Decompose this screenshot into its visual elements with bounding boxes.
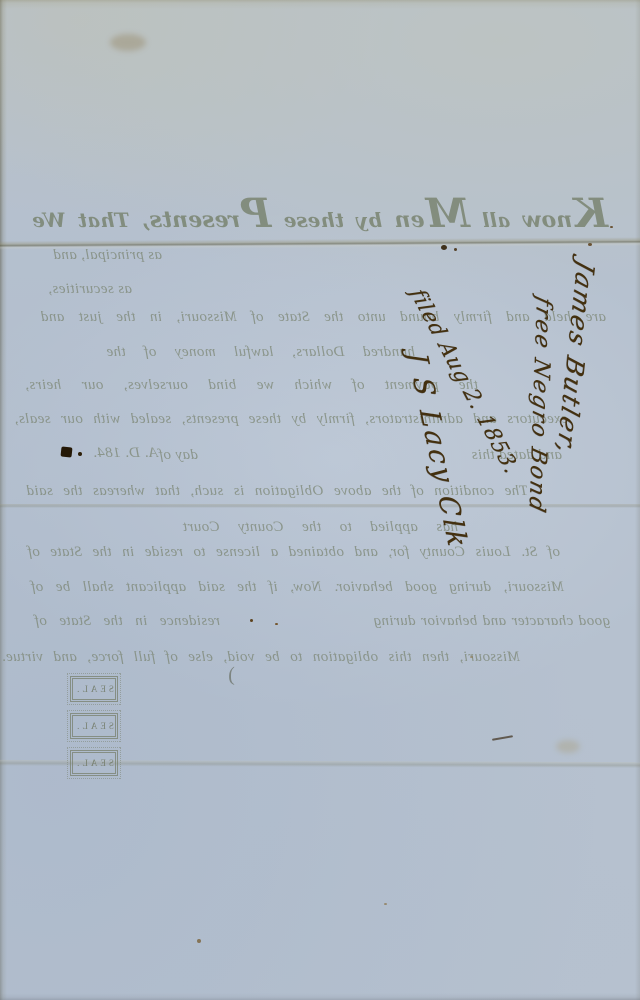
ink-blot <box>61 446 73 457</box>
seal-stamp: SEAL. <box>70 676 118 702</box>
docket-clerk-signature: J S Lacy Clk <box>401 352 474 550</box>
paper-speck <box>197 939 201 943</box>
form-line-residence: residence in the State of <box>34 613 220 630</box>
seal-stamp: SEAL. <box>70 750 118 776</box>
form-line-character: good character and behavior during <box>373 613 610 630</box>
pen-scratch <box>492 735 513 741</box>
paper-scan-background: Know all Men by these Presents, That We … <box>0 0 640 1000</box>
fold-crease-top <box>0 237 640 250</box>
docket-subject-line: free Negro Bond <box>524 294 556 517</box>
docket-filed-date: filed Aug 2. 1853. <box>405 286 526 477</box>
stain-smudge <box>110 34 146 51</box>
handwritten-docket: James Butler, free Negro Bond filed Aug … <box>0 0 640 1000</box>
stray-pen-mark: ( <box>226 664 237 688</box>
form-line-good-behavior: Missouri, during good behavior. Now, if … <box>31 579 564 596</box>
ink-dot <box>454 248 457 251</box>
heading-word: Know <box>523 190 608 237</box>
paper-speck <box>470 656 473 658</box>
fold-crease-middle <box>0 504 640 508</box>
form-line-securities: as securities, <box>48 281 132 298</box>
ink-dot <box>275 623 278 625</box>
ink-blot-small <box>78 452 82 456</box>
ink-dot <box>610 226 613 228</box>
form-line-principal: as principal, and <box>53 247 162 264</box>
heading-word: Men <box>394 190 469 237</box>
docket-name-line: James Butler, <box>551 257 600 460</box>
mirrored-print-bleedthrough: Know all Men by these Presents, That We … <box>0 0 640 1000</box>
form-line-dated-this: and dated this <box>471 447 562 464</box>
form-line-bound: are held and firmly bound unto the State… <box>41 309 606 326</box>
heading-word: by <box>356 208 382 232</box>
ink-dot <box>588 243 592 246</box>
form-line-dollars: hundred Dollars, lawful money of the <box>106 344 415 361</box>
fold-crease-bottom <box>0 760 640 768</box>
form-line-condition: The condition of the above Obligation is… <box>26 483 528 500</box>
seal-stamp: SEAL. <box>70 713 118 739</box>
form-line-license: of St. Louis County for, and obtained a … <box>27 544 560 561</box>
form-line-void: Missouri, then this obligation to be voi… <box>1 649 520 666</box>
form-line-payment: the payment of which we bind ourselves, … <box>25 377 478 394</box>
form-line-day-of: day of <box>159 447 198 464</box>
paper-speck <box>384 903 387 905</box>
stain-smudge <box>556 740 580 753</box>
form-line-ad-184: A. D. 184. <box>93 445 158 462</box>
heading-word: That <box>78 208 130 232</box>
heading-word: these <box>284 208 345 232</box>
form-line-executors: executors and administrators, firmly by … <box>14 411 568 428</box>
heading-word: all <box>482 208 510 232</box>
ink-dot <box>250 619 253 622</box>
heading-word: We <box>32 208 66 232</box>
form-line-has-applied: has applied to the County Court <box>183 519 458 536</box>
ink-dot <box>441 245 447 250</box>
heading-word: Presents, <box>142 190 271 237</box>
form-heading-mirrored: Know all Men by these Presents, That We <box>32 190 608 237</box>
